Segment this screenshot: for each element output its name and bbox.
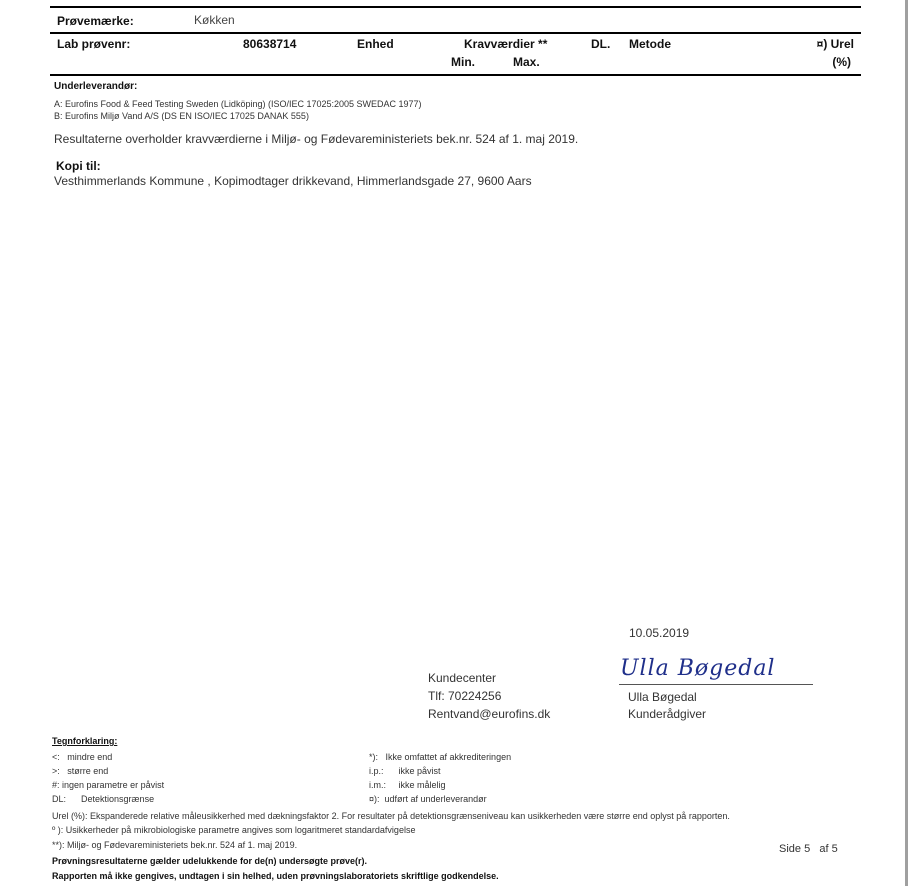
legend-note-urel: Urel (%): Ekspanderede relative måleusik… (52, 811, 730, 821)
sample-mark-value: Køkken (194, 13, 235, 27)
legend-symbol: i.m.: (369, 780, 386, 790)
page-indicator: Side 5 af 5 (779, 843, 838, 855)
footer-line-2: Rapporten må ikke gengives, undtagen i s… (52, 871, 499, 881)
header-rule (50, 32, 861, 34)
legend-symbol: #: (52, 780, 60, 790)
column-requirements: Kravværdier ** (464, 37, 547, 51)
legend-title: Tegnforklaring: (52, 736, 117, 746)
contact-title: Kundecenter (428, 671, 496, 685)
legend-text: ikke målelig (399, 780, 446, 790)
legend-note-regulation: **): Miljø- og Fødevareministeriets bek.… (52, 840, 297, 850)
legend-symbol: <: (52, 752, 60, 762)
signature-line (619, 684, 813, 685)
column-max: Max. (513, 55, 540, 69)
legend-text: udført af underleverandør (385, 794, 487, 804)
report-date: 10.05.2019 (629, 626, 689, 640)
page-current: 5 (804, 843, 810, 855)
legend-item: <: mindre end (52, 752, 112, 762)
legend-symbol: *): (369, 752, 378, 762)
subcontractor-title: Underleverandør: (54, 81, 137, 92)
footer-line-1: Prøvningsresultaterne gælder udelukkende… (52, 856, 367, 866)
page-label: Side (779, 843, 801, 855)
column-method: Metode (629, 37, 671, 51)
legend-symbol: DL: (52, 794, 66, 804)
column-urel: ¤) Urel (817, 37, 854, 51)
legend-text: Ikke omfattet af akkrediteringen (386, 752, 512, 762)
legend-text: Detektionsgrænse (81, 794, 154, 804)
column-urel-unit: (%) (832, 55, 851, 69)
page-of: af (819, 843, 828, 855)
legend-symbol: >: (52, 766, 60, 776)
column-unit: Enhed (357, 37, 394, 51)
page-total: 5 (832, 843, 838, 855)
legend-text: større end (67, 766, 108, 776)
column-dl: DL. (591, 37, 610, 51)
legend-item: ¤): udført af underleverandør (369, 794, 487, 804)
signature-handwriting: Ulla Bøgedal (620, 656, 775, 681)
top-rule (50, 6, 861, 8)
copy-to-title: Kopi til: (56, 159, 101, 173)
legend-text: ikke påvist (399, 766, 441, 776)
signer-name: Ulla Bøgedal (628, 690, 697, 704)
legend-item: #: ingen parametre er påvist (52, 780, 164, 790)
copy-to-value: Vesthimmerlands Kommune , Kopimodtager d… (54, 174, 532, 188)
legend-note-micro: º ): Usikkerheder på mikrobiologiske par… (52, 825, 415, 835)
legend-item: i.m.: ikke målelig (369, 780, 446, 790)
legend-symbol: i.p.: (369, 766, 384, 776)
table-header-rule (50, 74, 861, 76)
signer-role: Kunderådgiver (628, 707, 706, 721)
contact-phone: Tlf: 70224256 (428, 689, 501, 703)
column-min: Min. (451, 55, 475, 69)
legend-item: *): Ikke omfattet af akkrediteringen (369, 752, 511, 762)
subcontractor-item: A: Eurofins Food & Feed Testing Sweden (… (54, 99, 422, 109)
legend-text: ingen parametre er påvist (62, 780, 164, 790)
legend-item: >: større end (52, 766, 108, 776)
subcontractor-item: B: Eurofins Miljø Vand A/S (DS EN ISO/IE… (54, 111, 309, 121)
legend-text: mindre end (67, 752, 112, 762)
lab-sample-value: 80638714 (243, 37, 296, 51)
sample-mark-label: Prøvemærke: (57, 14, 134, 28)
conclusion-text: Resultaterne overholder kravværdierne i … (54, 132, 578, 146)
contact-email[interactable]: Rentvand@eurofins.dk (428, 707, 550, 721)
legend-symbol: ¤): (369, 794, 380, 804)
legend-item: DL: Detektionsgrænse (52, 794, 154, 804)
legend-item: i.p.: ikke påvist (369, 766, 441, 776)
lab-sample-label: Lab prøvenr: (57, 37, 130, 51)
